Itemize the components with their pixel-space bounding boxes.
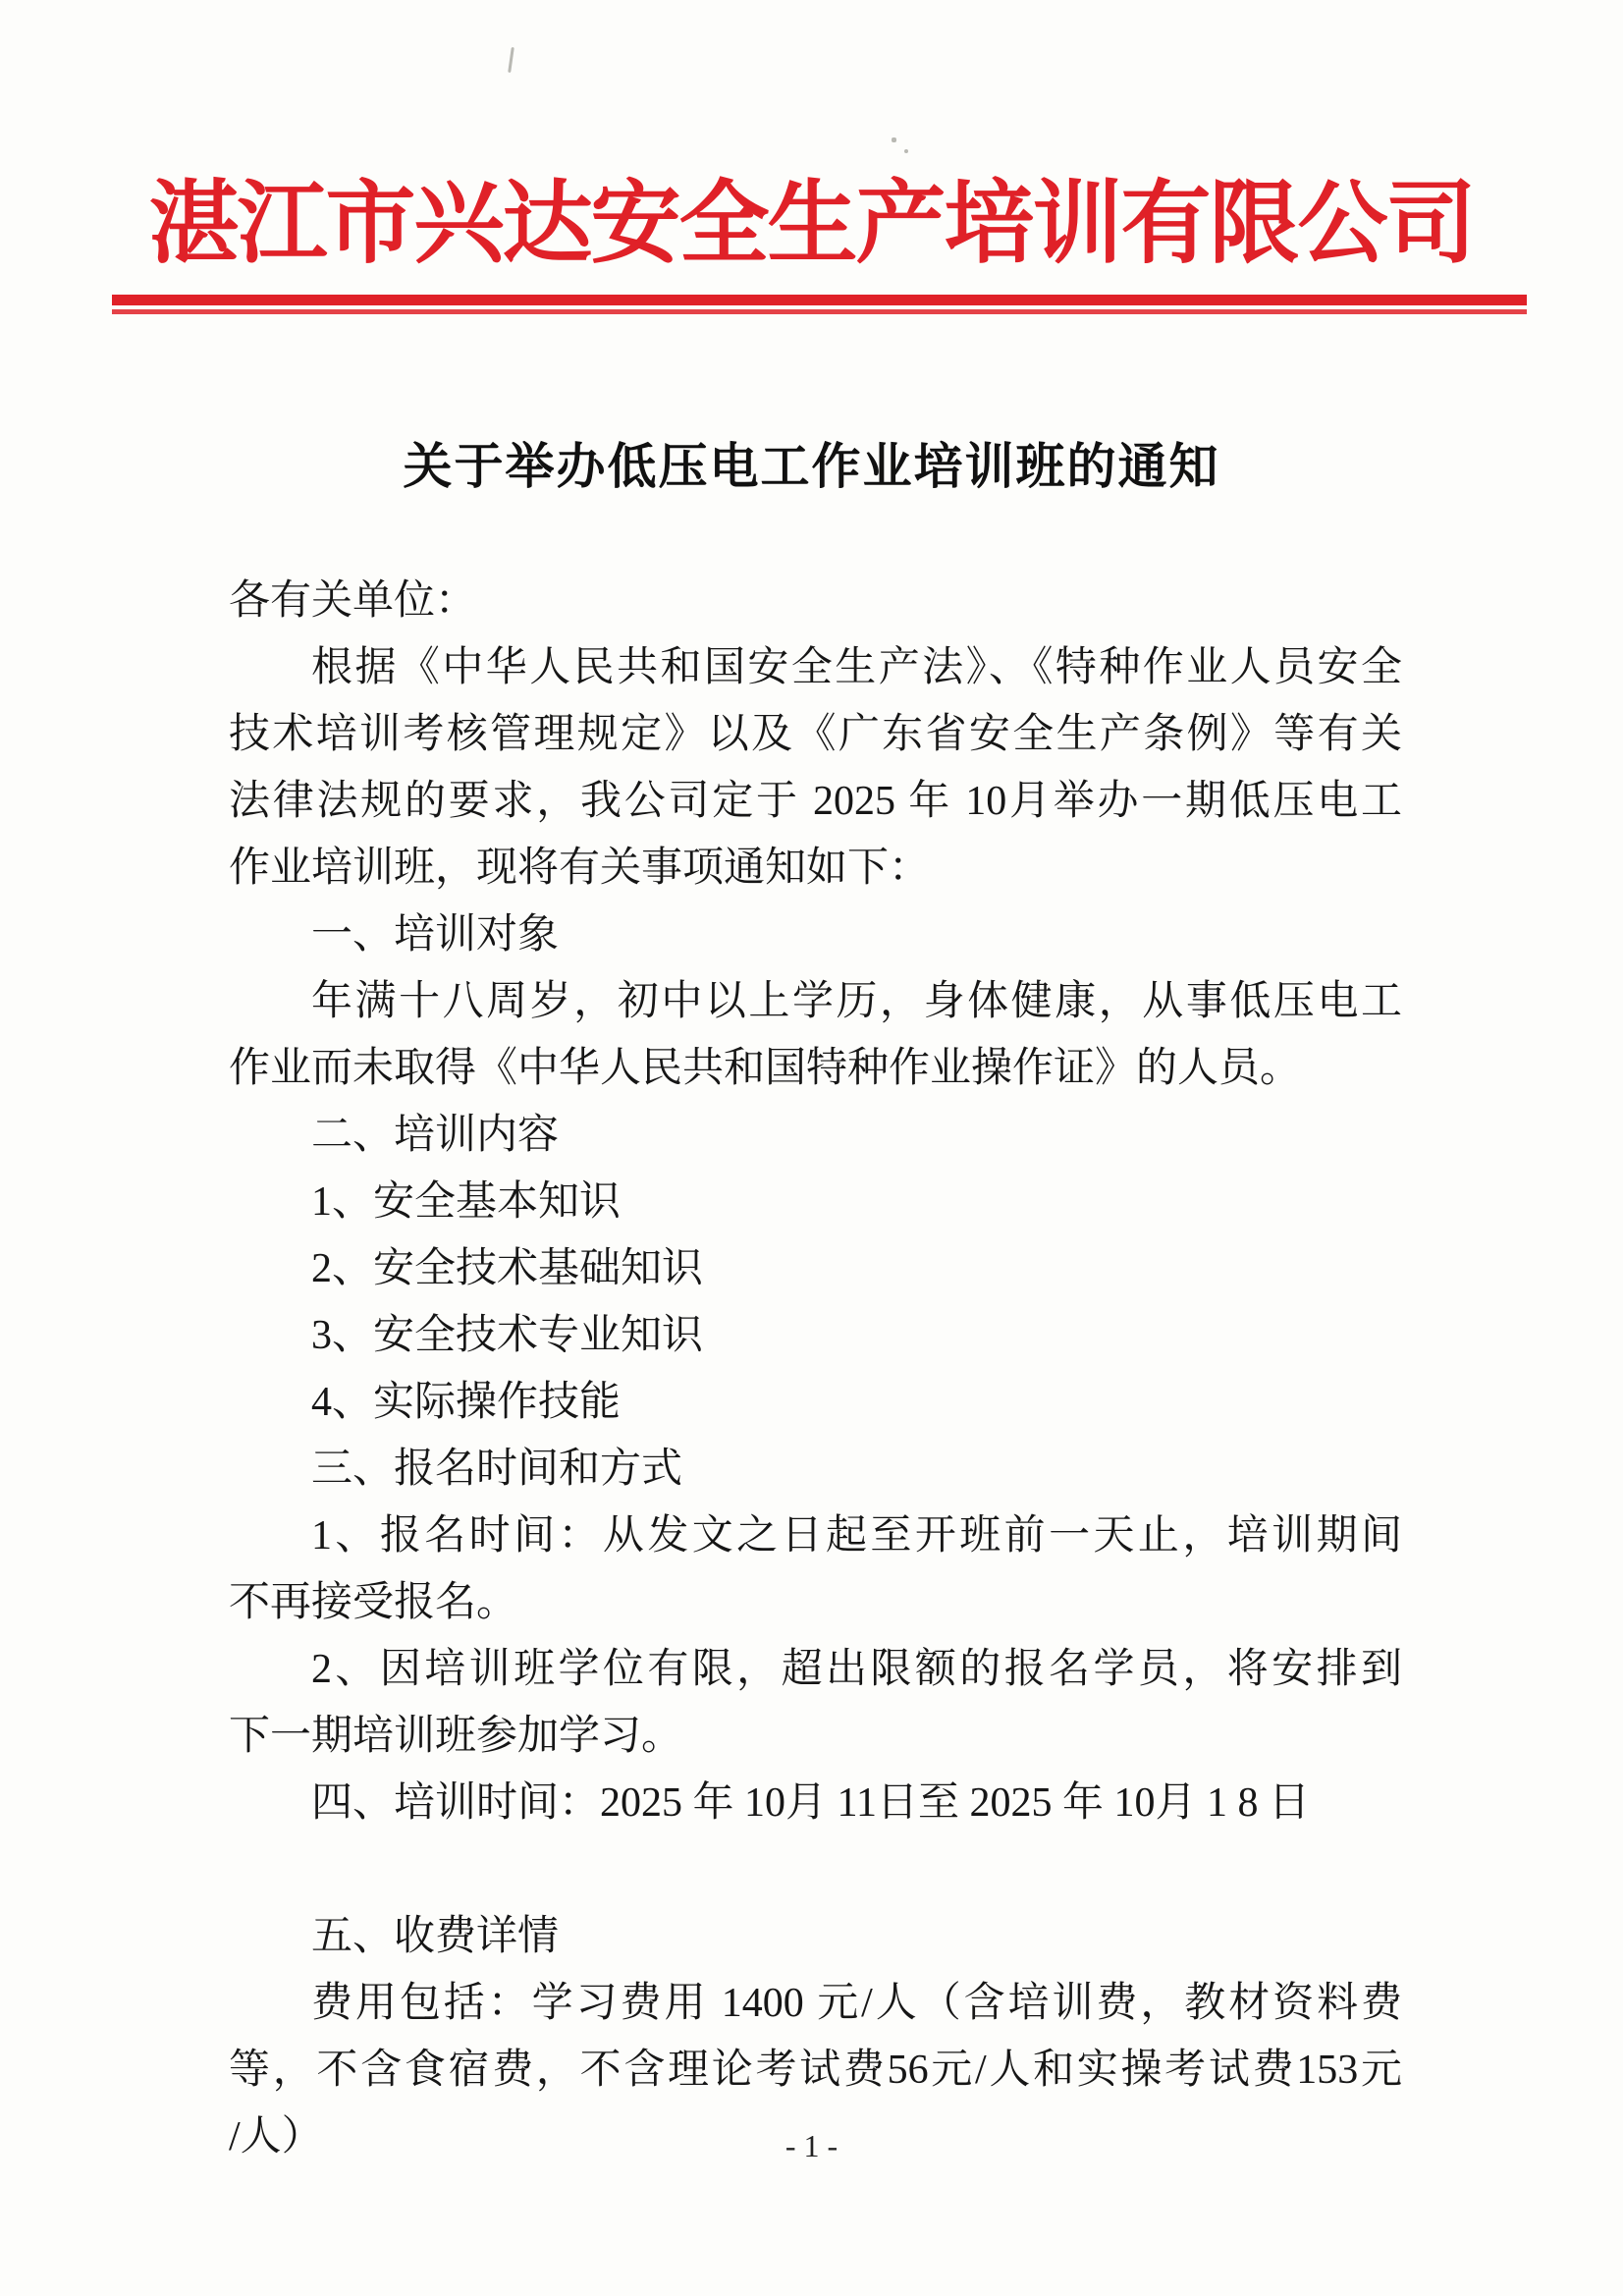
body-line: 作业而未取得《中华人民共和国特种作业操作证》的人员。 xyxy=(229,1035,1402,1102)
body-line: 3、安全技术专业知识 xyxy=(229,1302,1402,1369)
scan-speck xyxy=(904,149,908,153)
body-line: 下一期培训班参加学习。 xyxy=(229,1703,1402,1770)
body-line: 一、培训对象 xyxy=(229,902,1402,968)
scanned-notice-page: 湛江市兴达安全生产培训有限公司 关于举办低压电工作业培训班的通知 各有关单位：根… xyxy=(0,0,1623,2296)
body-line: 法律法规的要求，我公司定于 2025 年 10月举办一期低压电工 xyxy=(229,768,1402,835)
body-line: 等，不含食宿费，不含理论考试费56元/人和实操考试费153元 xyxy=(229,2037,1402,2104)
letterhead-rule-thick xyxy=(112,295,1527,305)
body-line: 作业培训班，现将有关事项通知如下： xyxy=(229,835,1402,902)
document-title: 关于举办低压电工作业培训班的通知 xyxy=(0,437,1623,496)
body-line: 技术培训考核管理规定》以及《广东省安全生产条例》等有关 xyxy=(229,701,1402,768)
body-line: 各有关单位： xyxy=(229,568,1402,634)
body-line: 2、因培训班学位有限，超出限额的报名学员，将安排到 xyxy=(229,1636,1402,1703)
body-line: 2、安全技术基础知识 xyxy=(229,1235,1402,1302)
body-line: 四、培训时间：2025 年 10月 11日至 2025 年 10月 1 8 日 xyxy=(229,1770,1402,1836)
body-line xyxy=(229,1836,1402,1903)
body-line: 1、报名时间：从发文之日起至开班前一天止，培训期间 xyxy=(229,1503,1402,1569)
body-line: 年满十八周岁，初中以上学历，身体健康，从事低压电工 xyxy=(229,968,1402,1035)
body-line: 五、收费详情 xyxy=(229,1903,1402,1970)
scan-speck xyxy=(508,47,514,73)
body-line: 4、实际操作技能 xyxy=(229,1369,1402,1436)
page-number: - 1 - xyxy=(0,2127,1623,2164)
document-body: 各有关单位：根据《中华人民共和国安全生产法》、《特种作业人员安全技术培训考核管理… xyxy=(229,568,1402,2170)
body-line: 费用包括：学习费用 1400 元/人（含培训费，教材资料费 xyxy=(229,1970,1402,2037)
body-line: 1、安全基本知识 xyxy=(229,1169,1402,1235)
letterhead-company-name: 湛江市兴达安全生产培训有限公司 xyxy=(0,179,1623,269)
body-line: 不再接受报名。 xyxy=(229,1569,1402,1636)
body-line: 二、培训内容 xyxy=(229,1102,1402,1169)
body-line: 根据《中华人民共和国安全生产法》、《特种作业人员安全 xyxy=(229,634,1402,701)
letterhead-rule-thin xyxy=(112,309,1527,314)
body-line: 三、报名时间和方式 xyxy=(229,1436,1402,1503)
scan-speck xyxy=(892,137,896,142)
